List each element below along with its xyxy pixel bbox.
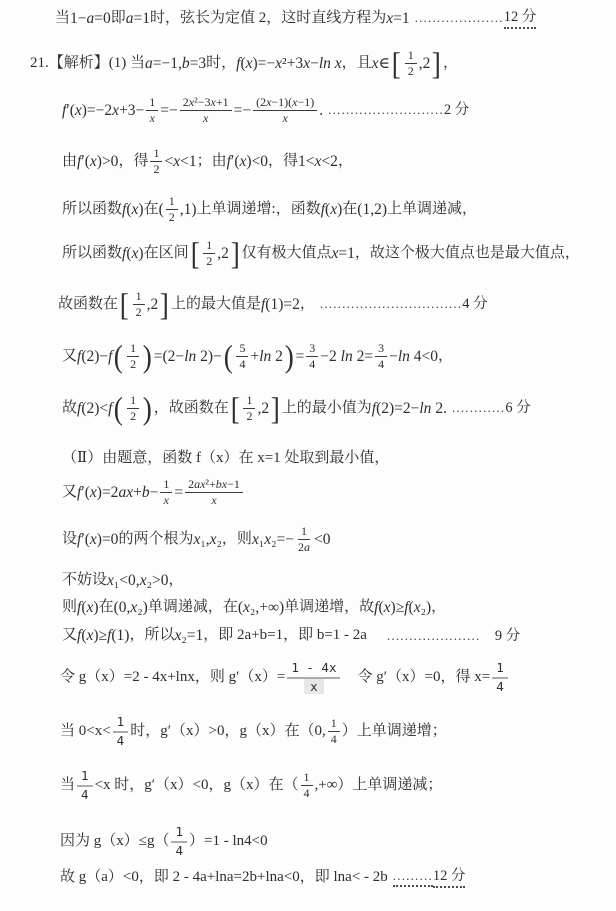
text-run: 当 0<x< bbox=[60, 722, 111, 741]
fraction-numerator: 1 bbox=[77, 768, 93, 787]
text-run: 当 bbox=[55, 9, 70, 28]
text-run: 由 bbox=[62, 152, 77, 171]
fraction: 2x²−3x+1x bbox=[180, 95, 232, 126]
line-final-conclusion: 故 g（a）<0，即 2 - 4a+lna=2b+lna<0，即 lna< - … bbox=[60, 867, 465, 888]
math-run: f(x) bbox=[122, 244, 144, 263]
fraction-numerator: 1 bbox=[492, 660, 508, 679]
math-run: ,2 bbox=[217, 244, 229, 263]
fraction: 12 bbox=[405, 48, 417, 79]
math-run: ,2 bbox=[419, 54, 431, 73]
fraction: 14 bbox=[77, 768, 93, 802]
fraction-numerator: 1 bbox=[405, 48, 417, 64]
text-run: ,+∞）上单调递减； bbox=[315, 776, 443, 795]
big-bracket: ] bbox=[160, 291, 169, 318]
text-run: 单调递减，在 bbox=[148, 598, 238, 617]
text-run: ，得 bbox=[268, 152, 298, 171]
math-run: f(x) bbox=[321, 200, 343, 219]
text-run: ）上单调递增； bbox=[342, 722, 447, 741]
text-run: ， bbox=[338, 152, 353, 171]
big-bracket: ) bbox=[143, 395, 152, 422]
fraction-denominator: 2 bbox=[128, 409, 138, 424]
fraction: 1 - 4xx bbox=[287, 660, 340, 694]
fraction-numerator: 3 bbox=[375, 341, 387, 357]
fraction: 12 bbox=[203, 238, 215, 269]
text-run: 故 g（a）<0，即 2 - 4a+lna=2b+lna<0，即 lna< - … bbox=[60, 868, 388, 887]
fraction-numerator: 3 bbox=[306, 341, 318, 357]
fraction-denominator: 2a bbox=[296, 540, 312, 555]
big-bracket: ( bbox=[224, 343, 233, 370]
fraction-numerator: 1 - 4x bbox=[287, 660, 340, 679]
text-run: 所以函数 bbox=[62, 200, 122, 219]
text-run: 时，g′（x）>0，g（x）在（0, bbox=[130, 722, 326, 741]
math-run: =− bbox=[160, 101, 177, 120]
math-run: f(x)=−x²+3x−ln x bbox=[236, 54, 342, 73]
text-run: ，故函数在 bbox=[154, 399, 229, 418]
score-label: 12 分 bbox=[433, 867, 466, 888]
fraction-denominator: x bbox=[281, 111, 290, 126]
math-run: <0 bbox=[314, 530, 331, 549]
line-monotonicity-1: 所以函数f(x)在(12,1)上单调递增:，函数f(x)在(1,2)上单调递减， bbox=[62, 194, 477, 225]
math-run: = bbox=[174, 483, 183, 502]
fraction-denominator: 2 bbox=[134, 305, 144, 320]
math-run: x₁<0,x₂>0 bbox=[107, 571, 168, 590]
fraction-denominator: 4 bbox=[173, 843, 185, 859]
math-run: f′(x)=0 bbox=[77, 530, 118, 549]
line-problem21-start: 21.【解析】(1) 当a=−1,b=3时，f(x)=−x²+3x−ln x，且… bbox=[30, 48, 458, 79]
text-run: 即 bbox=[111, 9, 126, 28]
math-run: x₁,x₂ bbox=[193, 530, 221, 549]
math-run: 1−a=0 bbox=[70, 9, 111, 28]
dots-leader: .................... bbox=[415, 10, 504, 26]
fraction-denominator: x bbox=[162, 493, 171, 508]
big-bracket: [ bbox=[231, 395, 240, 422]
fraction-denominator: 4 bbox=[302, 786, 312, 801]
fraction: 14 bbox=[171, 824, 187, 858]
fraction: (2x−1)(x−1)x bbox=[253, 95, 317, 126]
math-run: +ln 2 bbox=[250, 347, 282, 366]
dots-leader: ..................... bbox=[387, 628, 480, 644]
text-run: 在 bbox=[99, 598, 114, 617]
math-run: ,1) bbox=[180, 200, 197, 219]
big-bracket: ) bbox=[143, 343, 152, 370]
fraction-numerator: 1 bbox=[328, 716, 340, 732]
text-run: （Ⅱ）由题意，函数 f（x）在 x=1 处取到最小值， bbox=[62, 449, 389, 468]
math-run: a=1 bbox=[126, 9, 150, 28]
dots-leader: ............ bbox=[452, 400, 505, 416]
fraction-numerator: 1 bbox=[160, 477, 172, 493]
fraction-numerator: 1 bbox=[113, 714, 129, 733]
score-label: 2 分 bbox=[444, 101, 469, 119]
text-run: 因为 g（x）≤g（ bbox=[60, 832, 169, 851]
fraction: 14 bbox=[301, 770, 313, 801]
text-run: 上的最小值为 bbox=[282, 399, 372, 418]
fraction: 14 bbox=[492, 660, 508, 694]
line-derivative-f1: f′(x)=−2x+3−1x=−2x²−3x+1x=−(2x−1)(x−1)x.… bbox=[62, 95, 469, 126]
fraction-numerator: 1 bbox=[298, 524, 310, 540]
text-run: ，即 2a+b=1，即 b=1 - 2a bbox=[203, 626, 382, 645]
fraction-denominator: x bbox=[201, 111, 210, 126]
math-run: f(x)≥f(x₂) bbox=[374, 598, 431, 617]
text-run: ， bbox=[431, 598, 446, 617]
big-bracket: ( bbox=[114, 395, 123, 422]
line-maximum-point: 所以函数f(x)在区间[12,2]仅有极大值点x=1，故这个极大值点也是最大值点… bbox=[62, 238, 580, 269]
line-compare-values: 又f(2)−f(12)=(2−ln 2)−(54+ln 2)=34−2 ln 2… bbox=[62, 341, 453, 372]
fraction: 12 bbox=[166, 194, 178, 225]
fraction-denominator: 2 bbox=[204, 254, 214, 269]
fraction-numerator: 1 bbox=[146, 95, 158, 111]
line-chord-conclusion: 当1−a=0即a=1时，弦长为定值 2，这时直线方程为x=1..........… bbox=[55, 8, 536, 29]
text-run: 21.【解析】(1) 当 bbox=[30, 54, 145, 73]
big-bracket: ) bbox=[285, 343, 294, 370]
text-run: 故函数在 bbox=[58, 295, 118, 314]
fraction: 12 bbox=[243, 393, 255, 424]
text-run: ，故这个极大值点也是最大值点， bbox=[355, 244, 580, 263]
fraction-numerator: 1 bbox=[203, 238, 215, 254]
math-run: f(2)<f bbox=[77, 399, 112, 418]
line-part2-intro: （Ⅱ）由题意，函数 f（x）在 x=1 处取到最小值， bbox=[62, 449, 389, 468]
math-run: x=1 bbox=[386, 9, 409, 28]
math-run: a=−1,b=3 bbox=[145, 54, 206, 73]
fraction-numerator: 1 bbox=[127, 393, 139, 409]
big-bracket: ] bbox=[271, 395, 280, 422]
fraction-numerator: 1 bbox=[301, 770, 313, 786]
fraction: 14 bbox=[328, 716, 340, 747]
text-run: 故 bbox=[62, 399, 77, 418]
math-run: f′(x)=2ax+b− bbox=[77, 483, 158, 502]
math-run: f(2)=2−ln 2 bbox=[372, 399, 443, 418]
math-run: f′(x)=−2x+3− bbox=[62, 101, 144, 120]
line-define-g: 令 g（x）=2 - 4x+lnx，则 g′（x）=1 - 4xx 令 g′（x… bbox=[60, 660, 510, 694]
fraction: 34 bbox=[306, 341, 318, 372]
text-run: 在 bbox=[144, 200, 159, 219]
text-run: ， bbox=[443, 54, 458, 73]
math-run: x∈ bbox=[372, 54, 390, 73]
fraction: 34 bbox=[375, 341, 387, 372]
text-run: 令 g′（x）=0，得 x= bbox=[342, 668, 490, 687]
math-run: . bbox=[443, 399, 447, 418]
line-g-maximum: 因为 g（x）≤g（14）=1 - ln4<0 bbox=[60, 824, 268, 858]
fraction-denominator: x bbox=[304, 679, 324, 695]
math-run: f(2)−f bbox=[77, 347, 112, 366]
text-run: ，则 bbox=[222, 530, 252, 549]
fraction: 12 bbox=[127, 393, 139, 424]
math-run: f(x)≥f(1) bbox=[77, 626, 129, 645]
big-bracket: ] bbox=[432, 50, 441, 77]
score-label: 6 分 bbox=[505, 399, 530, 417]
text-run: ， bbox=[168, 571, 183, 590]
math-run: f(x) bbox=[122, 200, 144, 219]
fraction: 1x bbox=[146, 95, 158, 126]
math-run: (1,2) bbox=[357, 200, 387, 219]
fraction-denominator: 2 bbox=[128, 357, 138, 372]
text-run: ，且 bbox=[342, 54, 372, 73]
fraction-denominator: 4 bbox=[376, 357, 386, 372]
fraction-denominator: 2 bbox=[167, 210, 177, 225]
math-run: f′(x)>0 bbox=[77, 152, 118, 171]
fraction-numerator: 1 bbox=[243, 393, 255, 409]
fraction-numerator: 5 bbox=[236, 341, 248, 357]
fraction-numerator: 2x²−3x+1 bbox=[180, 95, 232, 111]
fraction-denominator: 4 bbox=[329, 732, 339, 747]
text-run: 在区间 bbox=[144, 244, 189, 263]
fraction-numerator: 1 bbox=[166, 194, 178, 210]
text-run: 令 g（x）=2 - 4x+lnx，则 g′（x）= bbox=[60, 668, 285, 687]
fraction: 1x bbox=[160, 477, 172, 508]
line-relation-ab: 又f(x)≥f(1)，所以x₂=1，即 2a+b=1，即 b=1 - 2a ..… bbox=[62, 626, 520, 645]
text-run: 上单调递增:，函数 bbox=[197, 200, 321, 219]
score-label: 9 分 bbox=[480, 627, 520, 645]
big-bracket: ] bbox=[231, 240, 240, 267]
fraction-denominator: 4 bbox=[115, 733, 127, 749]
line-assumption: 不妨设x₁<0,x₂>0， bbox=[62, 571, 184, 590]
text-run: 不妨设 bbox=[62, 571, 107, 590]
text-run: 又 bbox=[62, 483, 77, 502]
line-monotonicity-2: 则f(x)在(0,x₂)单调递减，在(x₂,+∞)单调递增，故f(x)≥f(x₂… bbox=[62, 598, 446, 617]
text-run: 所以函数 bbox=[62, 244, 122, 263]
text-run: 仅有极大值点 bbox=[242, 244, 332, 263]
text-run: ，得 bbox=[118, 152, 148, 171]
line-g-decreasing: 当14<x 时，g′（x）<0，g（x）在（14,+∞）上单调递减； bbox=[60, 768, 442, 802]
fraction: 54 bbox=[236, 341, 248, 372]
line-roots: 设f′(x)=0的两个根为x₁,x₂，则x₁x₂=−12a<0 bbox=[62, 524, 331, 555]
fraction-denominator: 2 bbox=[406, 64, 416, 79]
score-label: 12 分 bbox=[504, 8, 537, 29]
text-run: <x 时，g′（x）<0，g（x）在（ bbox=[95, 776, 299, 795]
big-bracket: [ bbox=[120, 291, 129, 318]
text-run: ，所以 bbox=[129, 626, 174, 645]
fraction-denominator: 4 bbox=[494, 679, 506, 695]
big-bracket: ( bbox=[114, 343, 123, 370]
math-run: = bbox=[296, 347, 305, 366]
fraction-denominator: 2 bbox=[244, 409, 254, 424]
score-label: 4 分 bbox=[462, 295, 487, 313]
math-run: 1<x<2 bbox=[298, 152, 338, 171]
fraction-denominator: x bbox=[209, 493, 218, 508]
fraction-denominator: 2 bbox=[151, 162, 161, 177]
big-bracket: [ bbox=[190, 240, 199, 267]
math-run: ,2 bbox=[147, 295, 159, 314]
math-run: x₂=1 bbox=[174, 626, 203, 645]
math-run: ( bbox=[159, 200, 164, 219]
dots-leader: ................................ bbox=[320, 296, 462, 312]
line-g-increasing: 当 0<x<14时，g′（x）>0，g（x）在（0,14）上单调递增； bbox=[60, 714, 447, 748]
math-run: −2 ln 2= bbox=[320, 347, 373, 366]
text-run: ， bbox=[438, 347, 453, 366]
line-derivative-f2: 又f′(x)=2ax+b−1x=2ax²+bx−1x bbox=[62, 477, 245, 508]
fraction-numerator: (2x−1)(x−1) bbox=[253, 95, 317, 111]
text-run: 上的最大值是 bbox=[171, 295, 261, 314]
line-minimum-value: 故f(2)<f(12)，故函数在[12,2]上的最小值为f(2)=2−ln 2.… bbox=[62, 393, 531, 424]
line-maximum-value: 故函数在[12,2]上的最大值是f(1)=2，.................… bbox=[58, 289, 488, 320]
math-run: −ln 4<0 bbox=[389, 347, 438, 366]
text-run: 时， bbox=[206, 54, 236, 73]
fraction-numerator: 1 bbox=[127, 341, 139, 357]
math-run: x₁x₂=− bbox=[252, 530, 294, 549]
text-run: ；由 bbox=[197, 152, 227, 171]
fraction: 12 bbox=[150, 146, 162, 177]
fraction: 12 bbox=[127, 341, 139, 372]
math-run: ,2 bbox=[257, 399, 269, 418]
fraction-numerator: 1 bbox=[171, 824, 187, 843]
line-sign-analysis: 由f′(x)>0，得12<x<1；由f′(x)<0，得1<x<2， bbox=[62, 146, 353, 177]
fraction: 2ax²+bx−1x bbox=[185, 477, 243, 508]
math-run: f(1)=2 bbox=[261, 295, 300, 314]
text-run: ）=1 - ln4<0 bbox=[189, 832, 268, 851]
math-run: (0,x₂) bbox=[114, 598, 148, 617]
math-run: =(2−ln 2)− bbox=[154, 347, 222, 366]
math-run: . bbox=[319, 101, 323, 120]
text-run: 当 bbox=[60, 776, 75, 795]
text-run: 又 bbox=[62, 347, 77, 366]
fraction-numerator: 2ax²+bx−1 bbox=[185, 477, 243, 493]
fraction-denominator: 4 bbox=[307, 357, 317, 372]
fraction: 14 bbox=[113, 714, 129, 748]
math-run: x=1 bbox=[332, 244, 355, 263]
fraction: 12a bbox=[296, 524, 312, 555]
math-run: <x<1 bbox=[164, 152, 196, 171]
text-run: ， bbox=[300, 295, 315, 314]
math-run: f′(x)<0 bbox=[227, 152, 268, 171]
big-bracket: [ bbox=[392, 50, 401, 77]
text-run: 设 bbox=[62, 530, 77, 549]
fraction-numerator: 1 bbox=[133, 289, 145, 305]
dots-leader: ......... bbox=[393, 868, 433, 887]
text-run: 则 bbox=[62, 598, 77, 617]
text-run: 时，弦长为定值 2，这时直线方程为 bbox=[150, 9, 386, 28]
fraction-numerator: 1 bbox=[150, 146, 162, 162]
math-run: f(x) bbox=[77, 598, 99, 617]
fraction: 12 bbox=[133, 289, 145, 320]
math-run: =− bbox=[234, 101, 251, 120]
text-run: 又 bbox=[62, 626, 77, 645]
text-run: 在 bbox=[342, 200, 357, 219]
text-run: 上单调递减， bbox=[387, 200, 477, 219]
fraction-denominator: 4 bbox=[79, 787, 91, 803]
fraction-denominator: x bbox=[148, 111, 157, 126]
text-run: 的两个根为 bbox=[118, 530, 193, 549]
dots-leader: .......................... bbox=[328, 102, 444, 118]
document-page: 当1−a=0即a=1时，弦长为定值 2，这时直线方程为x=1..........… bbox=[0, 0, 616, 911]
math-run: (x₂,+∞) bbox=[238, 598, 284, 617]
text-run: 单调递增，故 bbox=[284, 598, 374, 617]
fraction-denominator: 4 bbox=[237, 357, 247, 372]
